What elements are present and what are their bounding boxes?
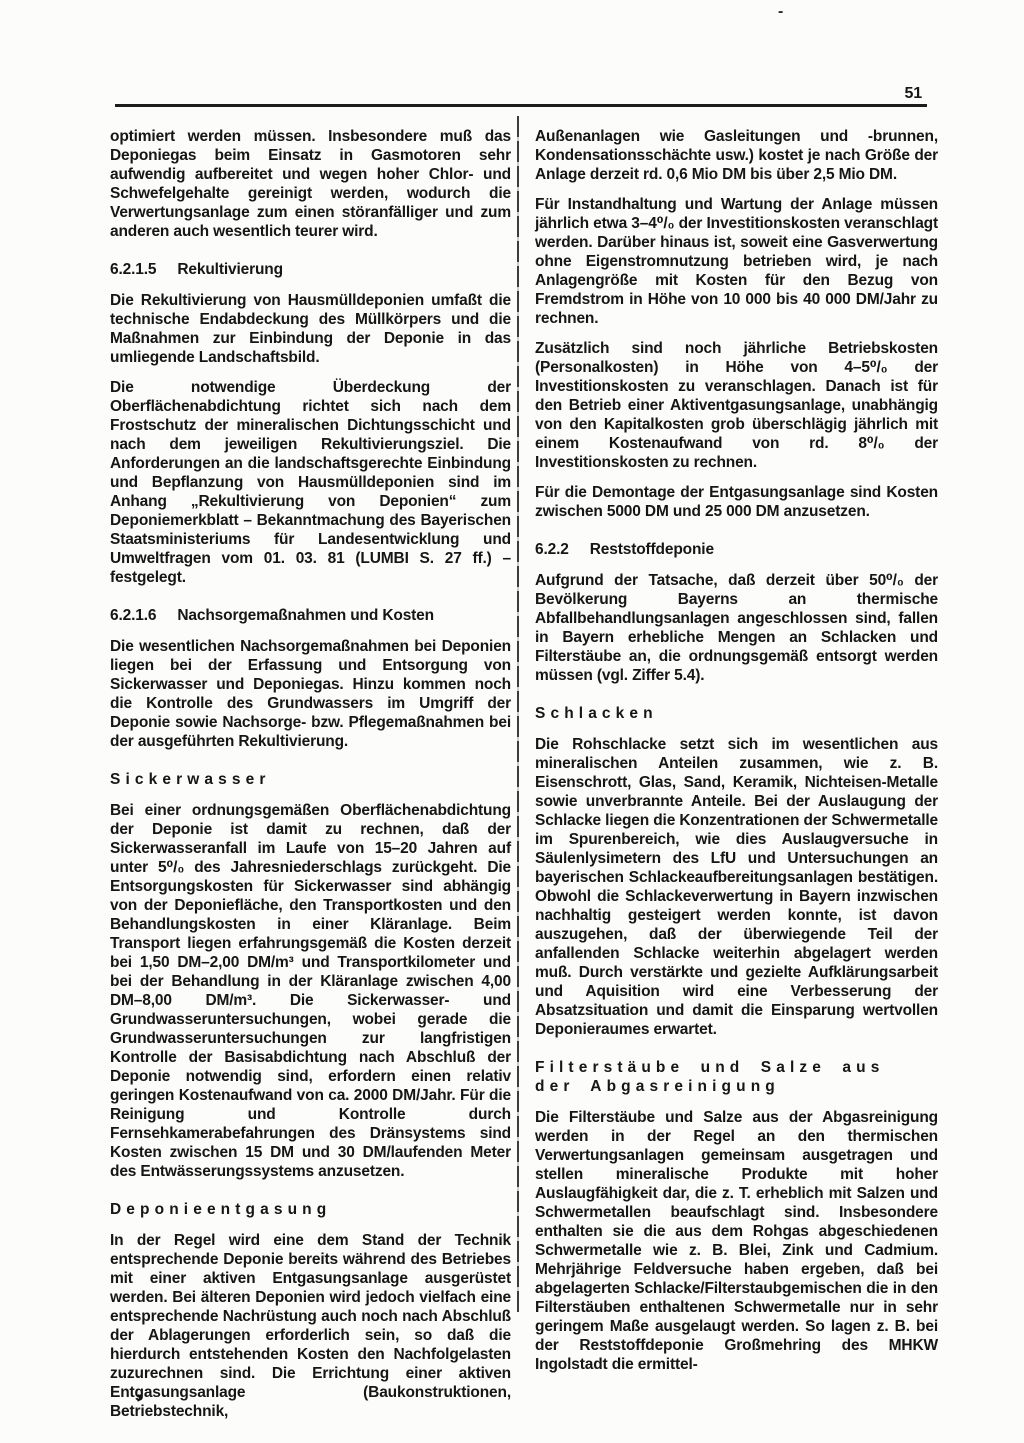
paragraph: Für die Demontage der Entgasungsanlage s… [535,483,938,521]
page-number: 51 [880,84,922,103]
header-rule [115,104,927,107]
document-page: - 51 optimiert werden müssen. Insbesonde… [0,0,1024,1443]
right-column: Außenanlagen wie Gasleitungen und -brunn… [535,127,938,1385]
paragraph: Die Rekultivierung von Hausmülldeponien … [110,291,511,367]
column-divider-rule [517,116,519,1312]
section-number: 6.2.1.5 [110,260,156,279]
paragraph: Bei einer ordnungsgemäßen Oberflächenabd… [110,801,511,1181]
left-column: optimiert werden müssen. Insbesondere mu… [110,127,511,1432]
subheading-schlacken: Schlacken [535,704,938,723]
section-heading-6-2-1-6: 6.2.1.6Nachsorgemaßnahmen und Kosten [110,606,511,625]
section-heading-6-2-1-5: 6.2.1.5Rekultivierung [110,260,511,279]
paragraph: Die Rohschlacke setzt sich im wesentlich… [535,735,938,1039]
paragraph: In der Regel wird eine dem Stand der Tec… [110,1231,511,1421]
subheading-sickerwasser: Sickerwasser [110,770,511,789]
section-title: Nachsorgemaßnahmen und Kosten [177,607,434,624]
section-number: 6.2.1.6 [110,606,156,625]
section-title: Rekultivierung [177,261,283,278]
section-heading-6-2-2: 6.2.2Reststoffdeponie [535,540,938,559]
paragraph: Die wesentlichen Nachsorgemaßnahmen bei … [110,637,511,751]
paragraph: Für Instandhaltung und Wartung der Anlag… [535,195,938,328]
paragraph: Die Filterstäube und Salze aus der Abgas… [535,1108,938,1374]
section-title: Reststoffdeponie [590,541,714,558]
subheading-deponieentgasung: Deponieentgasung [110,1200,511,1219]
paragraph: optimiert werden müssen. Insbesondere mu… [110,127,511,241]
paragraph: Zusätzlich sind noch jährliche Betriebsk… [535,339,938,472]
paragraph: Aufgrund der Tatsache, daß derzeit über … [535,571,938,685]
section-number: 6.2.2 [535,540,569,559]
paragraph: Außenanlagen wie Gasleitungen und -brunn… [535,127,938,184]
paragraph: Die notwendige Überdeckung der Oberfläch… [110,378,511,587]
scan-artifact-dash: - [778,2,783,21]
subheading-filterstaeube-und-salze: Filterstäube und Salze aus der Abgasrein… [535,1058,938,1096]
